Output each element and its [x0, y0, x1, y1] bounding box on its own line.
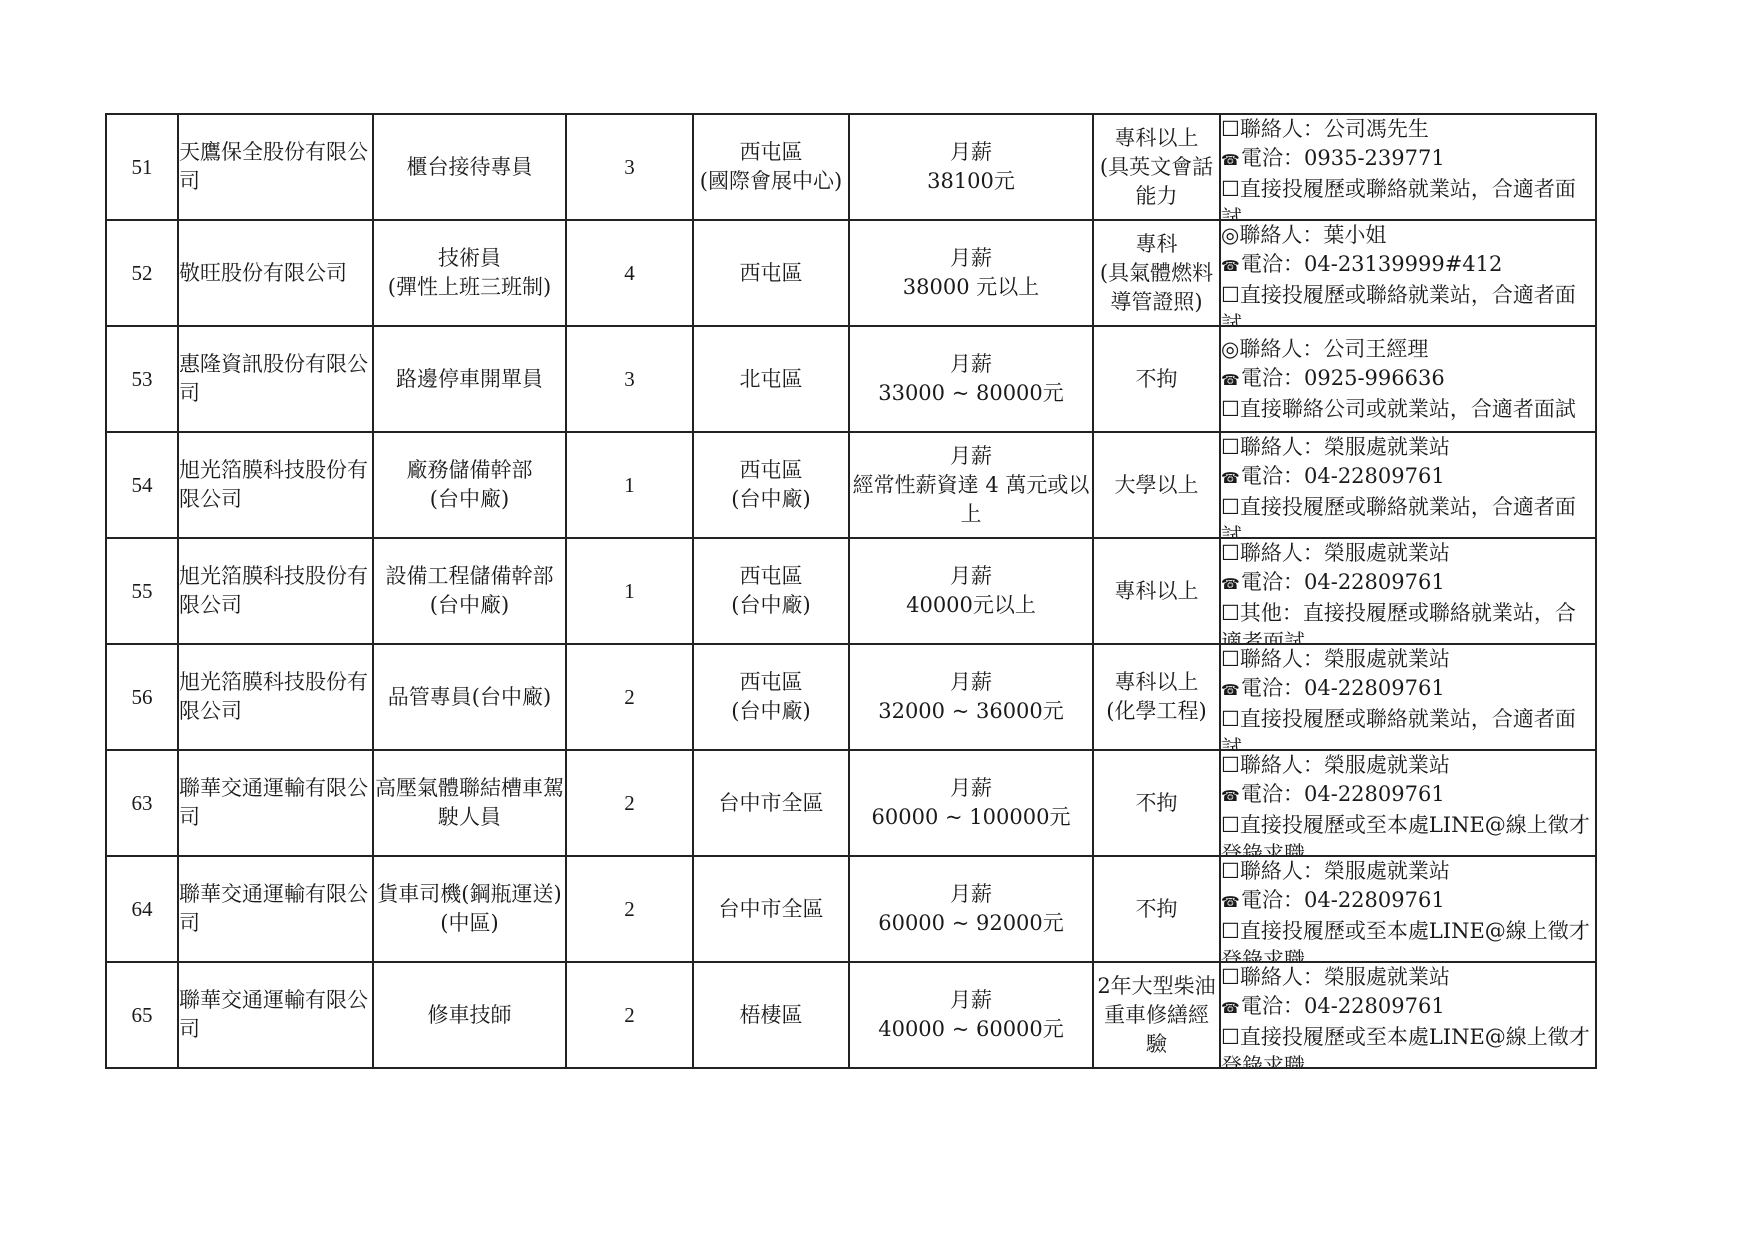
title-line: 修車技師	[374, 1001, 565, 1030]
salary-line: 月薪	[850, 350, 1092, 379]
job-title: 貨車司機(鋼瓶運送)(中區)	[373, 856, 566, 962]
contact-phone: ☎電洽：04-22809761	[1221, 886, 1595, 917]
phone-icon: ☎	[1221, 888, 1241, 917]
salary-line: 60000 ~ 92000元	[850, 909, 1092, 938]
title-line: 貨車司機(鋼瓶運送)(中區)	[374, 880, 565, 938]
salary-line: 40000 ~ 60000元	[850, 1015, 1092, 1044]
salary-line: 38000 元以上	[850, 273, 1092, 302]
salary: 月薪40000 ~ 60000元	[849, 962, 1093, 1068]
salary-line: 月薪	[850, 442, 1092, 471]
company-name: 旭光箔膜科技股份有限公司	[178, 538, 373, 644]
row-number: 65	[106, 962, 178, 1068]
checkbox-icon: ☐	[1221, 177, 1240, 201]
salary-line: 月薪	[850, 774, 1092, 803]
education-line: 專科以上	[1094, 124, 1219, 153]
area-line: (台中廠)	[694, 697, 848, 726]
contact-info: ☐聯絡人：榮服處就業站 ☎電洽：04-22809761 ☐直接投履歷或至本處LI…	[1220, 750, 1596, 856]
work-area: 西屯區(台中廠)	[693, 644, 849, 750]
contact-method: ☐直接投履歷或至本處LINE@線上徵才登錄求職。	[1221, 811, 1595, 855]
contact-method: ☐直接投履歷或至本處LINE@線上徵才登錄求職。	[1221, 1023, 1595, 1067]
salary-line: 33000 ~ 80000元	[850, 379, 1092, 408]
checkbox-icon: ◎	[1221, 337, 1239, 361]
contact-info: ☐聯絡人：榮服處就業站 ☎電洽：04-22809761 ☐其他：直接投履歷或聯絡…	[1220, 538, 1596, 644]
title-line: 設備工程儲備幹部	[374, 562, 565, 591]
checkbox-icon: ☐	[1221, 541, 1240, 565]
checkbox-icon: ☐	[1221, 1025, 1240, 1049]
contact-method: ☐直接投履歷或聯絡就業站，合適者面試	[1221, 705, 1595, 749]
company-name: 敬旺股份有限公司	[178, 220, 373, 326]
contact-phone: ☎電洽：04-22809761	[1221, 462, 1595, 493]
checkbox-icon: ☐	[1221, 919, 1240, 943]
company-name: 惠隆資訊股份有限公司	[178, 326, 373, 432]
checkbox-icon: ☐	[1221, 647, 1240, 671]
table-row: 54 旭光箔膜科技股份有限公司 廠務儲備幹部(台中廠) 1 西屯區(台中廠) 月…	[106, 432, 1596, 538]
row-number: 56	[106, 644, 178, 750]
title-line: 品管專員(台中廠)	[374, 683, 565, 712]
salary-line: 60000 ~ 100000元	[850, 803, 1092, 832]
education-requirement: 大學以上	[1093, 432, 1220, 538]
contact-info: ☐聯絡人：公司馮先生 ☎電洽：0935-239771 ☐直接投履歷或聯絡就業站，…	[1220, 114, 1596, 220]
phone-icon: ☎	[1221, 464, 1241, 493]
salary-line: 月薪	[850, 562, 1092, 591]
contact-person: ◎聯絡人：公司王經理	[1221, 335, 1595, 364]
company-name: 旭光箔膜科技股份有限公司	[178, 432, 373, 538]
openings-count: 2	[566, 644, 693, 750]
company-name: 天鷹保全股份有限公司	[178, 114, 373, 220]
area-line: 西屯區	[694, 259, 848, 288]
checkbox-icon: ☐	[1221, 283, 1240, 307]
salary: 月薪33000 ~ 80000元	[849, 326, 1093, 432]
education-requirement: 不拘	[1093, 750, 1220, 856]
checkbox-icon: ☐	[1221, 435, 1240, 459]
row-number: 52	[106, 220, 178, 326]
openings-count: 3	[566, 326, 693, 432]
contact-phone: ☎電洽：04-22809761	[1221, 780, 1595, 811]
company-name: 聯華交通運輸有限公司	[178, 856, 373, 962]
contact-person: ☐聯絡人：榮服處就業站	[1221, 751, 1595, 780]
education-line: 不拘	[1094, 789, 1219, 818]
job-listing-table: 51 天鷹保全股份有限公司 櫃台接待專員 3 西屯區(國際會展中心) 月薪381…	[105, 113, 1597, 1069]
contact-method: ☐直接投履歷或聯絡就業站，合適者面試	[1221, 175, 1595, 219]
phone-icon: ☎	[1221, 366, 1241, 395]
row-number: 53	[106, 326, 178, 432]
education-line: (具氣體燃料導管證照)	[1094, 259, 1219, 317]
table-row: 64 聯華交通運輸有限公司 貨車司機(鋼瓶運送)(中區) 2 台中市全區 月薪6…	[106, 856, 1596, 962]
salary-line: 月薪	[850, 244, 1092, 273]
checkbox-icon: ☐	[1221, 813, 1240, 837]
work-area: 北屯區	[693, 326, 849, 432]
table-row: 53 惠隆資訊股份有限公司 路邊停車開單員 3 北屯區 月薪33000 ~ 80…	[106, 326, 1596, 432]
checkbox-icon: ☐	[1221, 601, 1240, 625]
salary: 月薪60000 ~ 100000元	[849, 750, 1093, 856]
education-requirement: 不拘	[1093, 326, 1220, 432]
table-row: 56 旭光箔膜科技股份有限公司 品管專員(台中廠) 2 西屯區(台中廠) 月薪3…	[106, 644, 1596, 750]
contact-phone: ☎電洽：04-23139999#412	[1221, 250, 1595, 281]
contact-person: ☐聯絡人：榮服處就業站	[1221, 539, 1595, 568]
job-title: 櫃台接待專員	[373, 114, 566, 220]
contact-method: ☐直接聯絡公司或就業站，合適者面試	[1221, 395, 1595, 424]
salary-line: 38100元	[850, 167, 1092, 196]
contact-method: ☐直接投履歷或聯絡就業站，合適者面試	[1221, 281, 1595, 325]
education-line: 大學以上	[1094, 471, 1219, 500]
education-requirement: 專科(具氣體燃料導管證照)	[1093, 220, 1220, 326]
row-number: 63	[106, 750, 178, 856]
education-line: 專科	[1094, 230, 1219, 259]
salary-line: 40000元以上	[850, 591, 1092, 620]
salary: 月薪38100元	[849, 114, 1093, 220]
title-line: (彈性上班三班制)	[374, 273, 565, 302]
contact-person: ☐聯絡人：榮服處就業站	[1221, 963, 1595, 992]
work-area: 梧棲區	[693, 962, 849, 1068]
phone-icon: ☎	[1221, 570, 1241, 599]
row-number: 55	[106, 538, 178, 644]
job-title: 廠務儲備幹部(台中廠)	[373, 432, 566, 538]
checkbox-icon: ☐	[1221, 753, 1240, 777]
salary-line: 月薪	[850, 986, 1092, 1015]
area-line: 西屯區	[694, 138, 848, 167]
table-row: 55 旭光箔膜科技股份有限公司 設備工程儲備幹部(台中廠) 1 西屯區(台中廠)…	[106, 538, 1596, 644]
job-title: 路邊停車開單員	[373, 326, 566, 432]
salary: 月薪40000元以上	[849, 538, 1093, 644]
area-line: (台中廠)	[694, 591, 848, 620]
salary-line: 32000 ~ 36000元	[850, 697, 1092, 726]
education-requirement: 專科以上(化學工程)	[1093, 644, 1220, 750]
job-title: 高壓氣體聯結槽車駕駛人員	[373, 750, 566, 856]
company-name: 聯華交通運輸有限公司	[178, 750, 373, 856]
education-line: 不拘	[1094, 895, 1219, 924]
education-line: 專科以上	[1094, 668, 1219, 697]
checkbox-icon: ☐	[1221, 117, 1240, 141]
openings-count: 4	[566, 220, 693, 326]
area-line: 北屯區	[694, 365, 848, 394]
job-title: 設備工程儲備幹部(台中廠)	[373, 538, 566, 644]
phone-icon: ☎	[1221, 994, 1241, 1023]
contact-person: ☐聯絡人：榮服處就業站	[1221, 433, 1595, 462]
work-area: 西屯區(國際會展中心)	[693, 114, 849, 220]
contact-phone: ☎電洽：04-22809761	[1221, 568, 1595, 599]
contact-phone: ☎電洽：0925-996636	[1221, 364, 1595, 395]
row-number: 51	[106, 114, 178, 220]
table-row: 52 敬旺股份有限公司 技術員(彈性上班三班制) 4 西屯區 月薪38000 元…	[106, 220, 1596, 326]
openings-count: 2	[566, 750, 693, 856]
area-line: 西屯區	[694, 562, 848, 591]
education-line: 專科以上	[1094, 577, 1219, 606]
job-title: 修車技師	[373, 962, 566, 1068]
table-row: 63 聯華交通運輸有限公司 高壓氣體聯結槽車駕駛人員 2 台中市全區 月薪600…	[106, 750, 1596, 856]
salary: 月薪32000 ~ 36000元	[849, 644, 1093, 750]
contact-method: ☐直接投履歷或聯絡就業站，合適者面試	[1221, 493, 1595, 537]
checkbox-icon: ◎	[1221, 223, 1239, 247]
title-line: 技術員	[374, 244, 565, 273]
work-area: 台中市全區	[693, 750, 849, 856]
checkbox-icon: ☐	[1221, 707, 1240, 731]
row-number: 64	[106, 856, 178, 962]
contact-info: ☐聯絡人：榮服處就業站 ☎電洽：04-22809761 ☐直接投履歷或聯絡就業站…	[1220, 644, 1596, 750]
work-area: 台中市全區	[693, 856, 849, 962]
contact-person: ☐聯絡人：榮服處就業站	[1221, 857, 1595, 886]
education-requirement: 2年大型柴油重車修繕經驗	[1093, 962, 1220, 1068]
contact-person: ☐聯絡人：榮服處就業站	[1221, 645, 1595, 674]
area-line: (國際會展中心)	[694, 167, 848, 196]
contact-method: ☐其他：直接投履歷或聯絡就業站，合適者面試	[1221, 599, 1595, 643]
contact-info: ☐聯絡人：榮服處就業站 ☎電洽：04-22809761 ☐直接投履歷或聯絡就業站…	[1220, 432, 1596, 538]
work-area: 西屯區(台中廠)	[693, 538, 849, 644]
salary-line: 月薪	[850, 668, 1092, 697]
salary: 月薪經常性薪資達 4 萬元或以上	[849, 432, 1093, 538]
contact-info: ☐聯絡人：榮服處就業站 ☎電洽：04-22809761 ☐直接投履歷或至本處LI…	[1220, 962, 1596, 1068]
work-area: 西屯區	[693, 220, 849, 326]
education-line: (具英文會話能力	[1094, 153, 1219, 211]
salary-line: 月薪	[850, 880, 1092, 909]
company-name: 旭光箔膜科技股份有限公司	[178, 644, 373, 750]
title-line: 高壓氣體聯結槽車駕駛人員	[374, 774, 565, 832]
phone-icon: ☎	[1221, 676, 1241, 705]
education-line: (化學工程)	[1094, 697, 1219, 726]
contact-person: ☐聯絡人：公司馮先生	[1221, 115, 1595, 144]
openings-count: 1	[566, 538, 693, 644]
salary-line: 經常性薪資達 4 萬元或以上	[850, 471, 1092, 529]
table-row: 51 天鷹保全股份有限公司 櫃台接待專員 3 西屯區(國際會展中心) 月薪381…	[106, 114, 1596, 220]
checkbox-icon: ☐	[1221, 397, 1240, 421]
education-requirement: 專科以上(具英文會話能力	[1093, 114, 1220, 220]
contact-phone: ☎電洽：04-22809761	[1221, 674, 1595, 705]
contact-info: ◎聯絡人：葉小姐 ☎電洽：04-23139999#412 ☐直接投履歷或聯絡就業…	[1220, 220, 1596, 326]
area-line: (台中廠)	[694, 485, 848, 514]
job-title: 技術員(彈性上班三班制)	[373, 220, 566, 326]
area-line: 西屯區	[694, 456, 848, 485]
salary: 月薪60000 ~ 92000元	[849, 856, 1093, 962]
education-line: 2年大型柴油重車修繕經驗	[1094, 972, 1219, 1059]
openings-count: 2	[566, 962, 693, 1068]
salary: 月薪38000 元以上	[849, 220, 1093, 326]
area-line: 台中市全區	[694, 895, 848, 924]
area-line: 西屯區	[694, 668, 848, 697]
openings-count: 2	[566, 856, 693, 962]
checkbox-icon: ☐	[1221, 495, 1240, 519]
phone-icon: ☎	[1221, 146, 1241, 175]
checkbox-icon: ☐	[1221, 859, 1240, 883]
company-name: 聯華交通運輸有限公司	[178, 962, 373, 1068]
contact-info: ☐聯絡人：榮服處就業站 ☎電洽：04-22809761 ☐直接投履歷或至本處LI…	[1220, 856, 1596, 962]
title-line: (台中廠)	[374, 591, 565, 620]
area-line: 台中市全區	[694, 789, 848, 818]
phone-icon: ☎	[1221, 252, 1241, 281]
title-line: (台中廠)	[374, 485, 565, 514]
contact-info: ◎聯絡人：公司王經理 ☎電洽：0925-996636 ☐直接聯絡公司或就業站，合…	[1220, 326, 1596, 432]
row-number: 54	[106, 432, 178, 538]
title-line: 路邊停車開單員	[374, 365, 565, 394]
education-requirement: 專科以上	[1093, 538, 1220, 644]
title-line: 廠務儲備幹部	[374, 456, 565, 485]
contact-person: ◎聯絡人：葉小姐	[1221, 221, 1595, 250]
education-line: 不拘	[1094, 365, 1219, 394]
area-line: 梧棲區	[694, 1001, 848, 1030]
job-title: 品管專員(台中廠)	[373, 644, 566, 750]
title-line: 櫃台接待專員	[374, 153, 565, 182]
openings-count: 1	[566, 432, 693, 538]
contact-phone: ☎電洽：0935-239771	[1221, 144, 1595, 175]
checkbox-icon: ☐	[1221, 965, 1240, 989]
salary-line: 月薪	[850, 138, 1092, 167]
education-requirement: 不拘	[1093, 856, 1220, 962]
work-area: 西屯區(台中廠)	[693, 432, 849, 538]
openings-count: 3	[566, 114, 693, 220]
contact-method: ☐直接投履歷或至本處LINE@線上徵才登錄求職。	[1221, 917, 1595, 961]
job-rows: 51 天鷹保全股份有限公司 櫃台接待專員 3 西屯區(國際會展中心) 月薪381…	[106, 114, 1596, 1068]
contact-phone: ☎電洽：04-22809761	[1221, 992, 1595, 1023]
table-row: 65 聯華交通運輸有限公司 修車技師 2 梧棲區 月薪40000 ~ 60000…	[106, 962, 1596, 1068]
phone-icon: ☎	[1221, 782, 1241, 811]
